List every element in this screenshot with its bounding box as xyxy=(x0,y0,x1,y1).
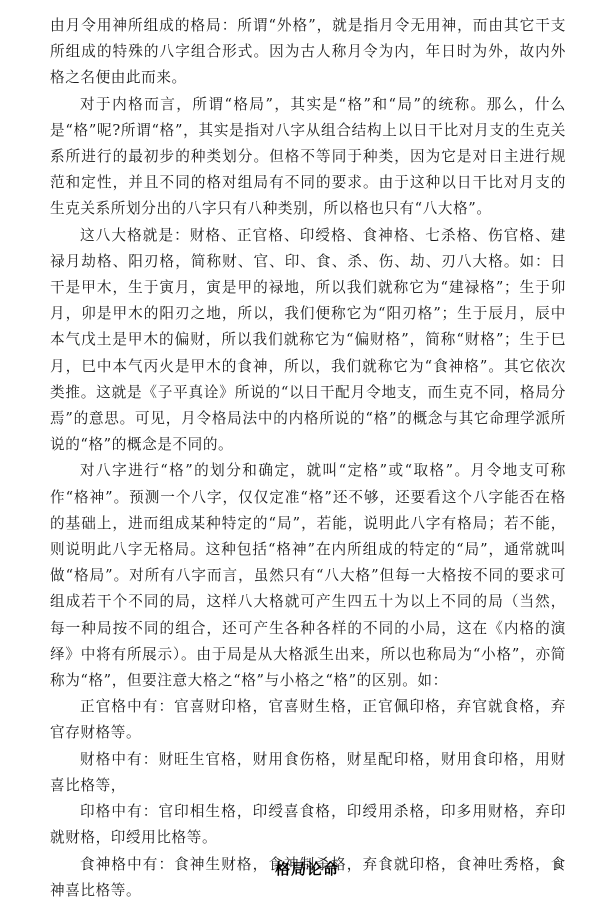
paragraph-outer-pattern-definition: 由月令用神所组成的格局：所谓“外格”，就是指月令无用神，而由其它干支所组成的特殊… xyxy=(50,13,566,92)
page-number: 5 xyxy=(555,860,561,871)
paragraph-determining-pattern: 对八字进行“格”的划分和确定，就叫“定格”或“取格”。月令地支可称作“格神”。预… xyxy=(50,458,566,694)
paragraph-zhengguan-sub-patterns: 正官格中有：官喜财印格，官喜财生格，正官佩印格，弃官就食格，弃官存财格等。 xyxy=(50,694,566,746)
paragraph-inner-pattern-definition: 对于内格而言，所谓“格局”，其实是“格”和“局”的统称。那么，什么是“格”呢?所… xyxy=(50,92,566,223)
paragraph-cai-sub-patterns: 财格中有：财旺生官格，财用食伤格，财星配印格，财用食印格，用财喜比格等， xyxy=(50,747,566,799)
page-body: 由月令用神所组成的格局：所谓“外格”，就是指月令无用神，而由其它干支所组成的特殊… xyxy=(50,13,566,900)
footer-book-title: 格局论命 xyxy=(0,858,614,879)
paragraph-eight-patterns: 这八大格就是：财格、正官格、印绶格、食神格、七杀格、伤官格、建禄月劫格、阳刃格，… xyxy=(50,223,566,459)
paragraph-yin-sub-patterns: 印格中有：官印相生格，印绶喜食格，印绶用杀格，印多用财格，弃印就财格，印绶用比格… xyxy=(50,799,566,851)
